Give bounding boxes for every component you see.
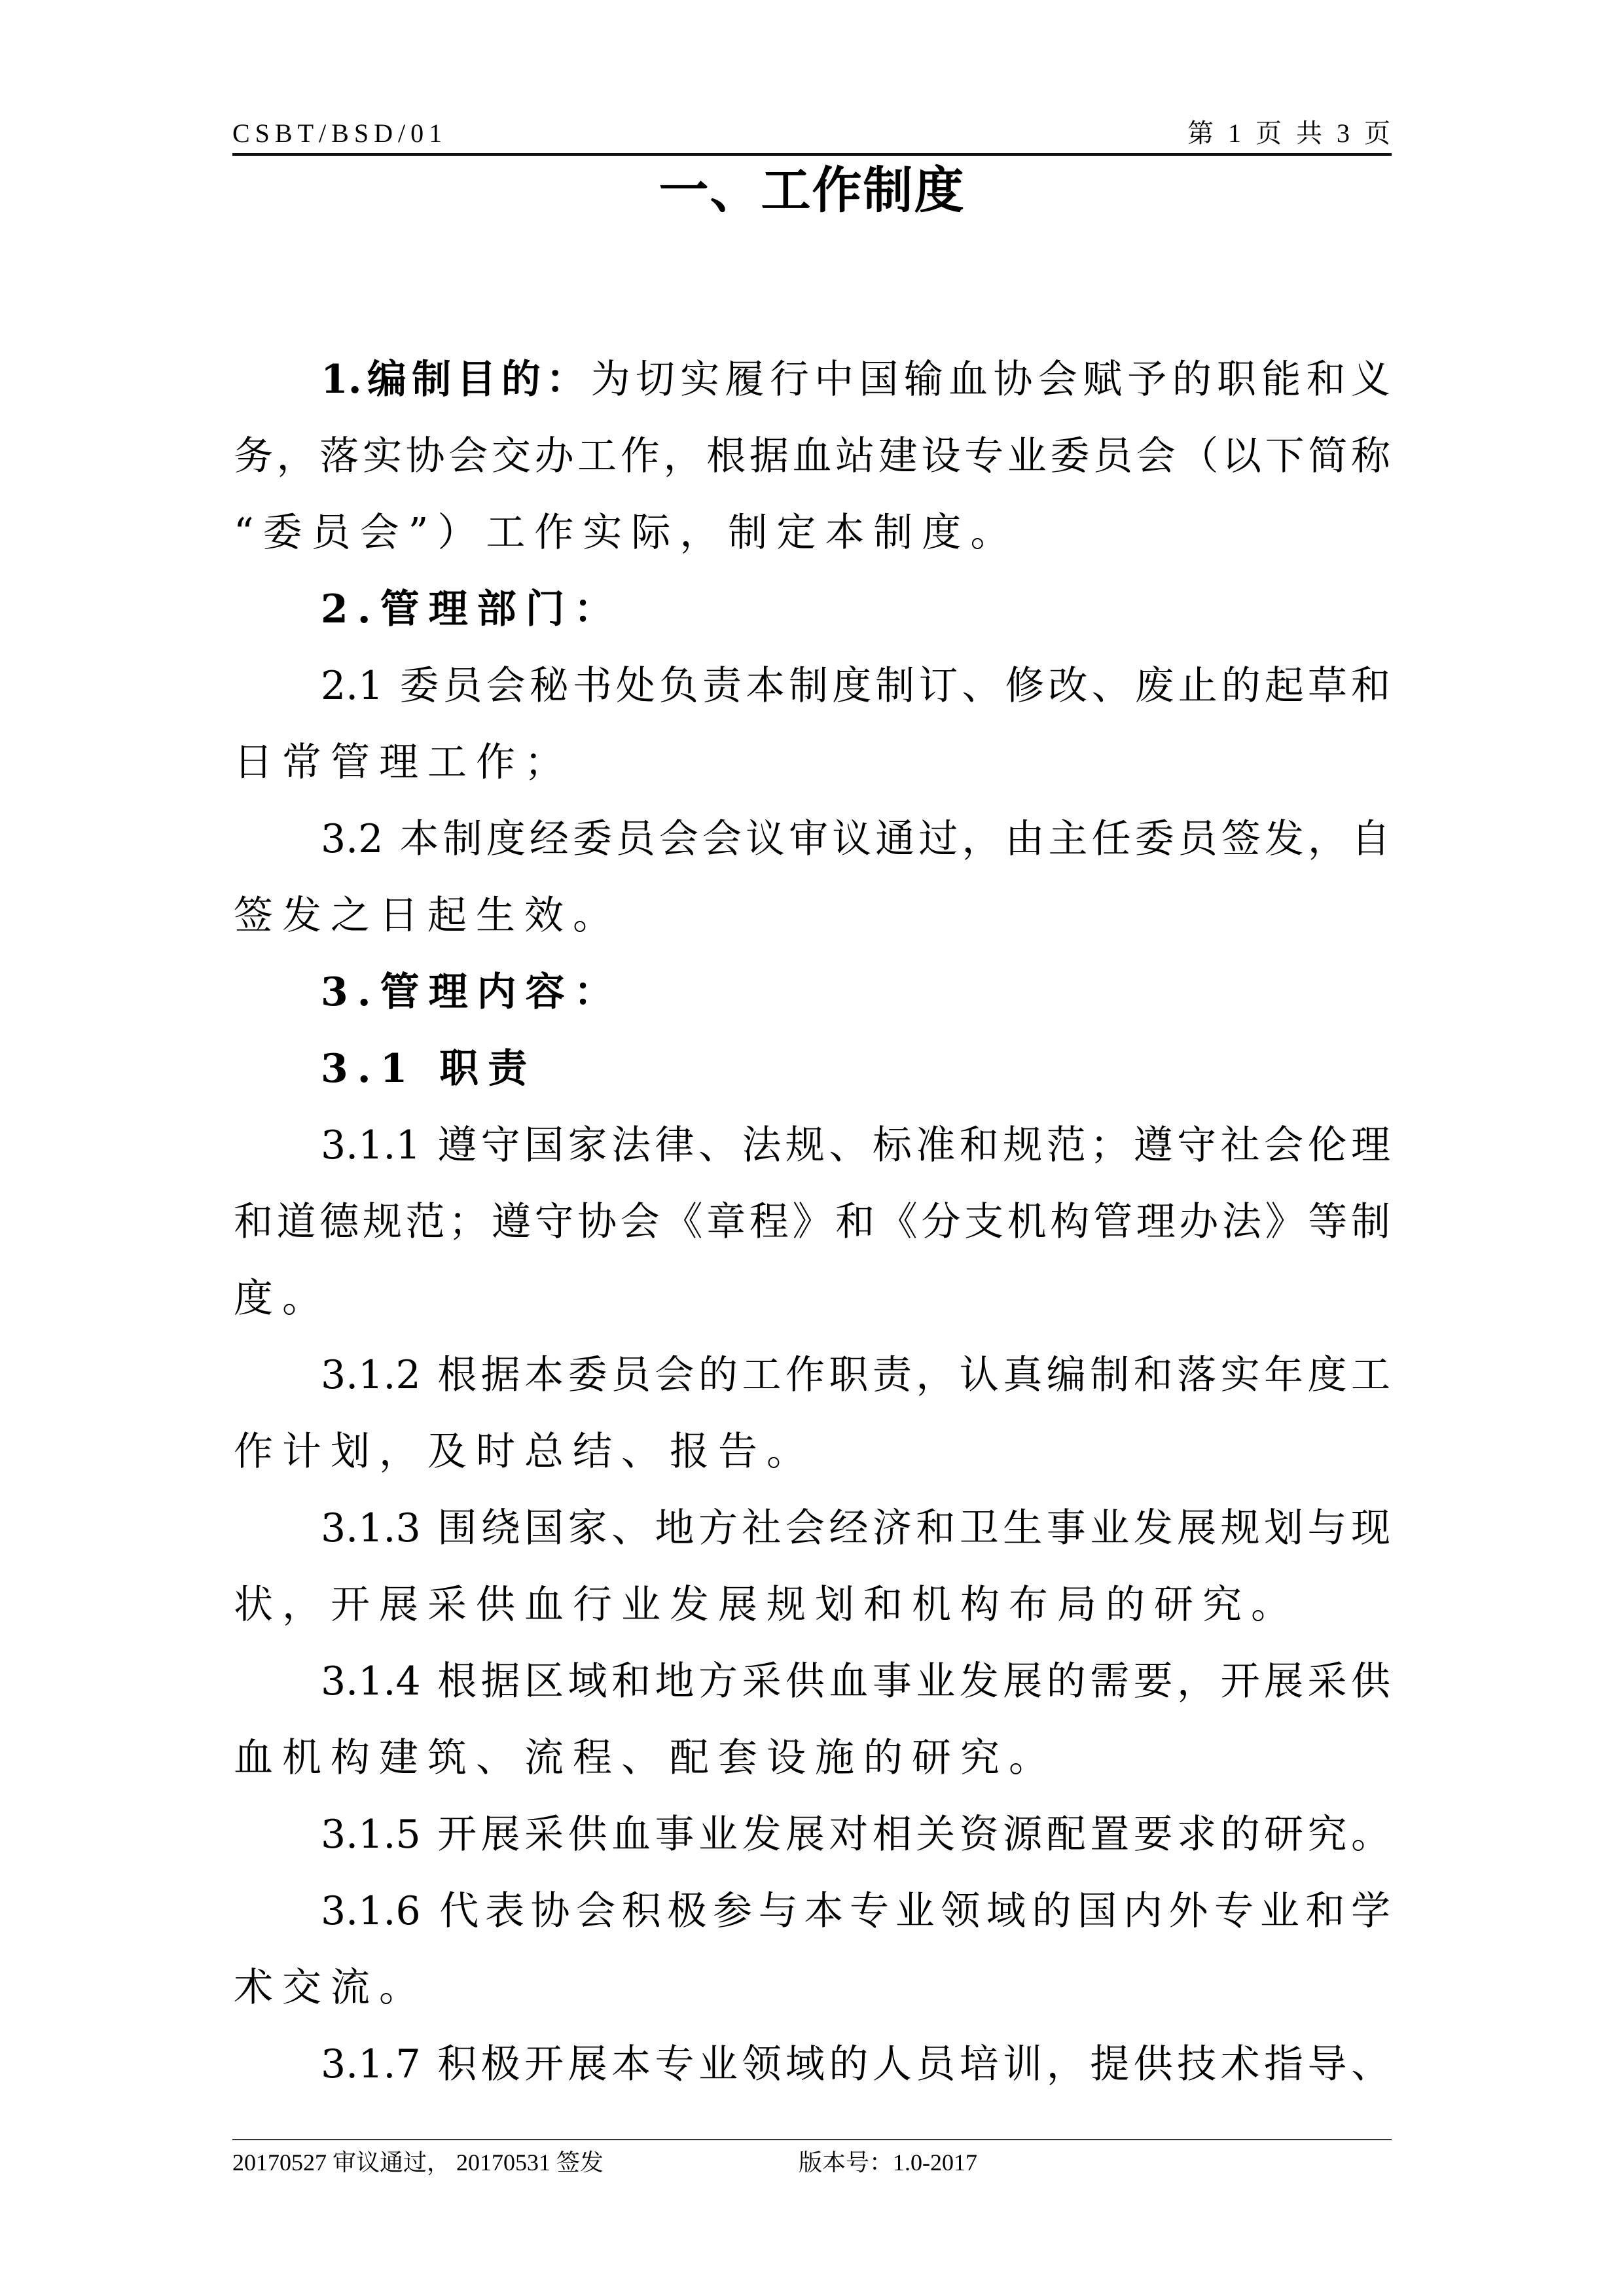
- paragraph-line: 务，落实协会交办工作，根据血站建设专业委员会（以下简称: [234, 418, 1390, 495]
- document-code: CSBT/BSD/01: [232, 118, 447, 149]
- paragraph-line: 作计划，及时总结、报告。: [234, 1414, 1390, 1490]
- section-1-heading-line: 1.编制目的：为切实履行中国输血协会赋予的职能和义: [234, 342, 1390, 418]
- paragraph-line: 3.1.1 遵守国家法律、法规、标准和规范；遵守社会伦理: [234, 1107, 1390, 1184]
- sign-date: 20170531: [456, 2149, 550, 2176]
- paragraph-line: 术交流。: [234, 1950, 1390, 2026]
- header-rule: [232, 153, 1392, 156]
- subsection-heading: 3.1 职责: [234, 1031, 1390, 1107]
- paragraph-line: 2.1 委员会秘书处负责本制度制订、修改、废止的起草和: [234, 648, 1390, 725]
- page-indicator-total-prefix: 共: [1296, 118, 1322, 148]
- paragraph-line: 3.1.4 根据区域和地方采供血事业发展的需要，开展采供: [234, 1643, 1390, 1720]
- paragraph-text: 为切实履行中国输血协会赋予的职能和义: [591, 357, 1390, 403]
- paragraph-line: 3.1.7 积极开展本专业领域的人员培训，提供技术指导、: [234, 2026, 1390, 2103]
- paragraph-line: 3.1.6 代表协会积极参与本专业领域的国内外专业和学: [234, 1873, 1390, 1950]
- document-body: 1.编制目的：为切实履行中国输血协会赋予的职能和义 务，落实协会交办工作，根据血…: [234, 342, 1390, 2103]
- page-indicator: 第1页共3页: [1187, 118, 1390, 149]
- paragraph-line: 3.1.2 根据本委员会的工作职责，认真编制和落实年度工: [234, 1337, 1390, 1414]
- paragraph-line: 日常管理工作；: [234, 725, 1390, 801]
- page-title: 一、工作制度: [0, 158, 1624, 224]
- version-number: 1.0-2017: [893, 2149, 977, 2176]
- current-page-number: 1: [1228, 118, 1241, 148]
- paragraph-line: 3.1.5 开展采供血事业发展对相关资源配置要求的研究。: [234, 1797, 1390, 1873]
- approval-info: 20170527 审议通过， 20170531 签发: [232, 2148, 604, 2177]
- page-indicator-prefix: 第: [1187, 118, 1214, 148]
- review-date: 20170527: [232, 2149, 327, 2176]
- paragraph-line: 3.2 本制度经委员会会议审议通过，由主任委员签发，自: [234, 801, 1390, 878]
- section-heading: 1.编制目的：: [321, 357, 591, 403]
- paragraph-line: 签发之日起生效。: [234, 878, 1390, 954]
- section-heading: 3.管理内容：: [234, 954, 1390, 1031]
- page-indicator-total-unit: 页: [1364, 118, 1390, 148]
- sign-label: 签发: [556, 2149, 604, 2176]
- total-page-count: 3: [1337, 118, 1350, 148]
- paragraph-line: 度。: [234, 1261, 1390, 1337]
- version-info: 版本号：1.0-2017: [799, 2148, 977, 2177]
- paragraph-line: 3.1.3 围绕国家、地方社会经济和卫生事业发展规划与现: [234, 1490, 1390, 1567]
- review-label: 审议通过，: [333, 2149, 450, 2176]
- paragraph-line: 和道德规范；遵守协会《章程》和《分支机构管理办法》等制: [234, 1184, 1390, 1261]
- section-heading: 2.管理部门：: [234, 571, 1390, 648]
- paragraph-line: 状，开展采供血行业发展规划和机构布局的研究。: [234, 1567, 1390, 1643]
- footer-rule: [232, 2139, 1392, 2140]
- paragraph-line: 血机构建筑、流程、配套设施的研究。: [234, 1720, 1390, 1797]
- version-label: 版本号：: [799, 2149, 893, 2176]
- paragraph-line: “委员会”）工作实际，制定本制度。: [234, 495, 1390, 571]
- page-indicator-unit: 页: [1255, 118, 1282, 148]
